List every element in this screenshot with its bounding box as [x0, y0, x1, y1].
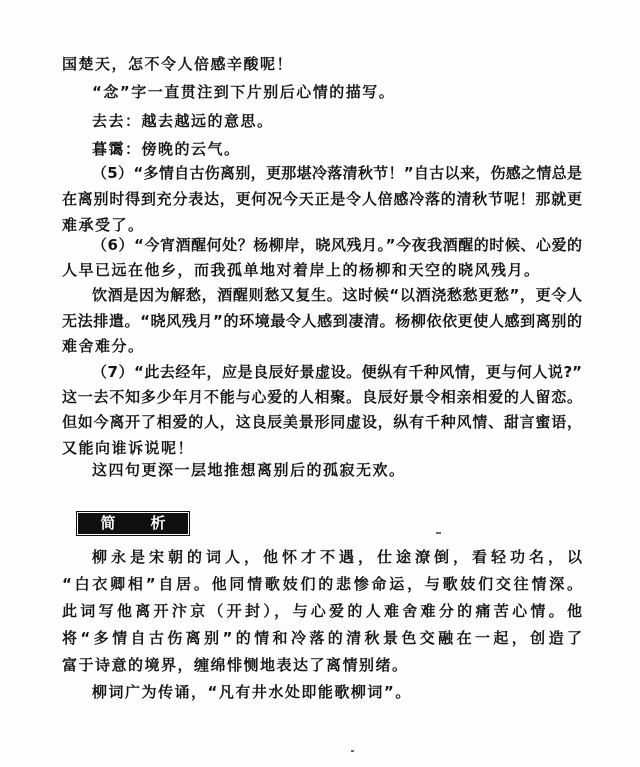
text-line: （6）“今宵酒醒何处？杨柳岸，晓风残月。”今夜我酒醒的时候、心爱的 [62, 233, 582, 258]
text-line: “白衣卿相”自居。他同情歌妓们的悲惨命运，与歌妓们交往情深。 [62, 571, 582, 598]
text-line: 无法排遣。“晓风残月”的环境最令人感到凄清。杨柳依依更使人感到离别的 [62, 309, 582, 334]
text-line: 柳永是宋朝的词人，他怀才不遇，仕途潦倒，看轻功名，以 [62, 544, 582, 571]
text-line: 人早已远在他乡，而我孤单地对着岸上的杨柳和天空的晓风残月。 [62, 258, 582, 283]
text-line: 在离别时得到充分表达，更何况今天正是令人倍感冷落的清秋节呢！那就更 [62, 186, 582, 212]
section-title: 简 析 [100, 514, 175, 532]
text-line: 此词写他离开汴京（开封），与心爱的人难舍难分的痛苦心情。他 [62, 598, 582, 625]
annotation-paragraph-6: （6）“今宵酒醒何处？杨柳岸，晓风残月。”今夜我酒醒的时候、心爱的 人早已远在他… [62, 233, 582, 359]
book-page: 国楚天，怎不令人倍感辛酸呢！ “念”字一直贯注到下片别后心情的描写。 去去：越去… [0, 0, 640, 767]
annotation-paragraph-5: （5）“多情自古伤离别，更那堪冷落清秋节！”自古以来，伤感之情总是 在离别时得到… [62, 160, 582, 238]
text-line: （7）“此去经年，应是良辰好景虚设。便纵有千种风情，更与何人说?” [62, 360, 582, 385]
annotation-closing-line: 这四句更深一层地推想离别后的孤寂无欢。 [62, 458, 582, 483]
text-line: 饮酒是因为解愁，酒醒则愁又复生。这时候“以酒浇愁愁更愁”，更令人 [62, 283, 582, 308]
text-line: 暮霭：傍晚的云气。 [62, 135, 582, 163]
text-line: 又能向谁诉说呢！ [62, 436, 582, 461]
text-line: “念”字一直贯注到下片别后心情的描写。 [62, 78, 582, 106]
text-line: 难舍难分。 [62, 334, 582, 359]
analysis-paragraph: 柳永是宋朝的词人，他怀才不遇，仕途潦倒，看轻功名，以 “白衣卿相”自居。他同情歌… [62, 544, 582, 706]
text-line: 富于诗意的境界，缠绵悱恻地表达了离情别绪。 [62, 652, 582, 679]
text-line: 将“多情自古伤离别”的情和冷落的清秋景色交融在一起，创造了 [62, 625, 582, 652]
text-line: 但如今离开了相爱的人，这良辰美景形同虚设，纵有千种风情、甜言蜜语， [62, 410, 582, 435]
scan-speck [436, 532, 441, 534]
text-line: 这四句更深一层地推想离别后的孤寂无欢。 [62, 458, 582, 483]
annotation-block-top: 国楚天，怎不令人倍感辛酸呢！ “念”字一直贯注到下片别后心情的描写。 去去：越去… [62, 50, 582, 163]
text-line: 柳词广为传诵，“凡有井水处即能歌柳词”。 [62, 679, 582, 706]
section-title-box: 简 析 [76, 511, 190, 536]
text-line: 这一去不知多少年月不能与心爱的人相聚。良辰好景令相亲相爱的人留恋。 [62, 385, 582, 410]
scan-speck [351, 750, 354, 752]
annotation-paragraph-7: （7）“此去经年，应是良辰好景虚设。便纵有千种风情，更与何人说?” 这一去不知多… [62, 360, 582, 461]
text-line: （5）“多情自古伤离别，更那堪冷落清秋节！”自古以来，伤感之情总是 [62, 160, 582, 186]
text-line: 国楚天，怎不令人倍感辛酸呢！ [62, 50, 582, 78]
text-line: 去去：越去越远的意思。 [62, 107, 582, 135]
